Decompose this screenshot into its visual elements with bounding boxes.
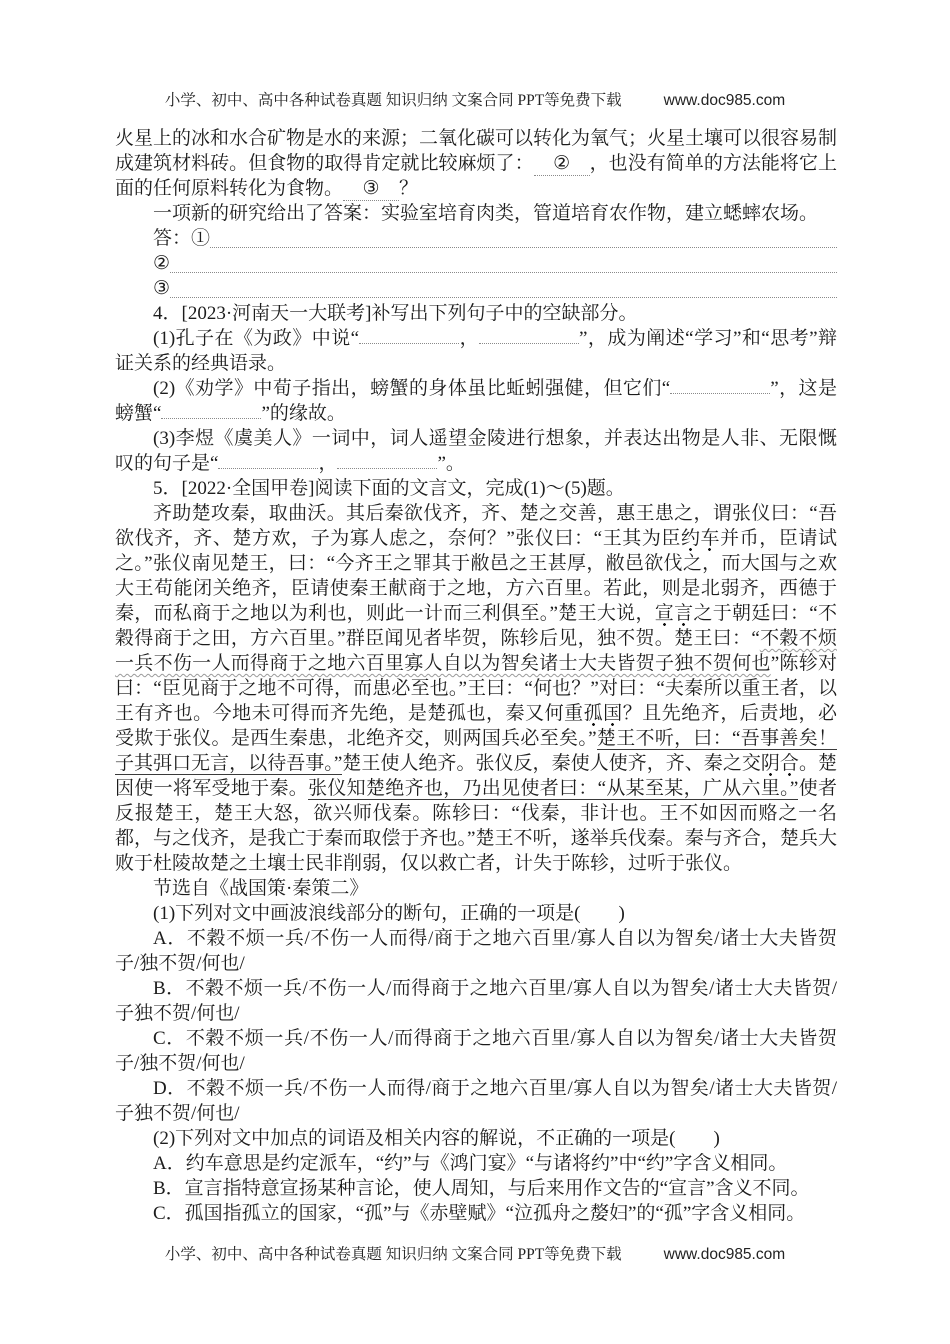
question-5-sub-2-stem: (2)下列对文中加点的词语及相关内容的解说，不正确的一项是( ) [115,1126,837,1151]
text-run: 楚王使人绝齐。张仪反，秦使人使齐，齐、秦之交 [342,753,761,774]
question-5-sub-1-option-a: A．不穀不烦一兵/不伤一人而得/商于之地六百里/寡人自以为智矣/诸士大夫皆贺子/… [115,926,837,976]
answer-blank-line [210,246,837,248]
text-run: B．不穀不烦一兵/不伤一人/而得商于之地六百里/寡人自以为智矣/诸士大夫皆贺/子… [115,978,837,1024]
fill-blank [218,468,318,469]
answer-line-3: ③ [115,276,837,301]
fill-blank [337,468,437,469]
emphasized-term-guguo: 孤国 [584,703,623,727]
text-run: (2)下列对文中加点的词语及相关内容的解说，不正确的一项是( ) [153,1128,720,1149]
page-header: 小学、初中、高中各种试卷真题 知识归纳 文案合同 PPT等免费下载 www.do… [60,88,890,110]
answer-blank-line [170,271,837,273]
text-run: ， [318,453,337,474]
paragraph-mars-continuation: 火星上的冰和水合矿物是水的来源；二氧化碳可以转化为氧气；火星土壤可以很容易制成建… [115,126,837,201]
question-4-item-2: (2)《劝学》中荀子指出，螃蟹的身体虽比蚯蚓强健，但它们“”，这是螃蟹“”的缘故… [115,376,837,426]
text-run: 一项新的研究给出了答案：实验室培育肉类，管道培育农作物，建立蟋蟀农场。 [153,203,818,224]
emphasized-term-yinhe: 阴合 [761,753,799,777]
fill-blank [670,393,770,394]
paragraph-research-answer: 一项新的研究给出了答案：实验室培育肉类，管道培育农作物，建立蟋蟀农场。 [115,201,837,226]
inline-blank-2: ② [534,152,590,176]
question-5-sub-1-option-d: D．不穀不烦一兵/不伤一人而得/商于之地六百里/寡人自以为智矣/诸士大夫皆贺/子… [115,1076,837,1126]
text-run: ？ [399,178,418,199]
question-5-sub-2-option-c: C．孤国指孤立的国家，“孤”与《赤壁赋》“泣孤舟之嫠妇”的“孤”字含义相同。 [115,1201,837,1226]
text-run: (1)孔子在《为政》中说“ [153,328,359,349]
inline-blank-3: ③ [343,177,399,201]
passage-source: 节选自《战国策·秦策二》 [115,876,837,901]
question-4-item-1: (1)孔子在《为政》中说“，”，成为阐述“学习”和“思考”辩证关系的经典语录。 [115,326,837,376]
emphasized-term-xuanyan: 宣言 [655,603,694,627]
question-4-item-3: (3)李煜《虞美人》一词中，词人遥望金陵进行想象，并表达出物是人非、无限慨叹的句… [115,426,837,476]
question-5-stem: 5．[2022·全国甲卷]阅读下面的文言文，完成(1)～(5)题。 [115,476,837,501]
question-5-sub-1-option-b: B．不穀不烦一兵/不伤一人/而得商于之地六百里/寡人自以为智矣/诸士大夫皆贺/子… [115,976,837,1026]
classical-passage: 齐助楚攻秦，取曲沃。其后秦欲伐齐，齐、楚之交善，惠王患之，谓张仪曰：“吾欲伐齐，… [115,501,837,876]
header-promo-text: 小学、初中、高中各种试卷真题 知识归纳 文案合同 PPT等免费下载 [165,88,622,110]
page-footer: 小学、初中、高中各种试卷真题 知识归纳 文案合同 PPT等免费下载 www.do… [60,1242,890,1264]
text-run: (1)下列对文中画波浪线部分的断句，正确的一项是( ) [153,903,625,924]
fill-blank [161,418,261,419]
answer-line-1: 答：① [115,226,837,251]
fill-blank [479,343,579,344]
text-run: A．约车意思是约定派车，“约”与《鸿门宴》“与诸将约”中“约”字含义相同。 [153,1153,787,1174]
text-run: ”。 [437,453,464,474]
footer-site-url: www.doc985.com [664,1246,785,1264]
emphasized-term-yueche: 约车 [681,528,720,552]
question-5-sub-1-option-c: C．不穀不烦一兵/不伤一人/而得商于之地六百里/寡人自以为智矣/诸士大夫皆贺子/… [115,1026,837,1076]
worksheet-page: 小学、初中、高中各种试卷真题 知识归纳 文案合同 PPT等免费下载 www.do… [0,0,950,1344]
text-run: 节选自《战国策·秦策二》 [153,878,368,899]
text-run: 4．[2023·河南天一大联考]补写出下列句子中的空缺部分。 [153,303,637,324]
underlined-sentence-2: 张仪知楚绝齐也，乃出见使者曰：“从某至某，广从六里。” [308,778,798,800]
text-run: 5．[2022·全国甲卷]阅读下面的文言文，完成(1)～(5)题。 [153,478,625,499]
text-run: A．不穀不烦一兵/不伤一人而得/商于之地六百里/寡人自以为智矣/诸士大夫皆贺子/… [115,928,837,974]
text-run: ③ [153,276,170,301]
answer-blank-line [170,296,837,298]
text-run: ”的缘故。 [261,403,345,424]
answer-line-2: ② [115,251,837,276]
text-run: 答：① [153,226,210,251]
text-run: (2)《劝学》中荀子指出，螃蟹的身体虽比蚯蚓强健，但它们“ [153,378,670,399]
fill-blank [359,343,459,344]
question-5-sub-1-stem: (1)下列对文中画波浪线部分的断句，正确的一项是( ) [115,901,837,926]
footer-promo-text: 小学、初中、高中各种试卷真题 知识归纳 文案合同 PPT等免费下载 [165,1242,622,1264]
text-run: ， [459,328,479,349]
text-run: ② [153,251,170,276]
text-run: C．孤国指孤立的国家，“孤”与《赤壁赋》“泣孤舟之嫠妇”的“孤”字含义相同。 [153,1203,805,1224]
header-site-url: www.doc985.com [664,92,785,110]
question-5-sub-2-option-b: B．宣言指特意宣扬某种言论，使人周知，与后来用作文告的“宣言”含义不同。 [115,1176,837,1201]
document-body: 火星上的冰和水合矿物是水的来源；二氧化碳可以转化为氧气；火星土壤可以很容易制成建… [115,126,837,1226]
text-run: B．宣言指特意宣扬某种言论，使人周知，与后来用作文告的“宣言”含义不同。 [153,1178,810,1199]
question-4-stem: 4．[2023·河南天一大联考]补写出下列句子中的空缺部分。 [115,301,837,326]
text-run: C．不穀不烦一兵/不伤一人/而得商于之地六百里/寡人自以为智矣/诸士大夫皆贺子/… [115,1028,837,1074]
text-run: D．不穀不烦一兵/不伤一人而得/商于之地六百里/寡人自以为智矣/诸士大夫皆贺/子… [115,1078,837,1124]
question-5-sub-2-option-a: A．约车意思是约定派车，“约”与《鸿门宴》“与诸将约”中“约”字含义相同。 [115,1151,837,1176]
